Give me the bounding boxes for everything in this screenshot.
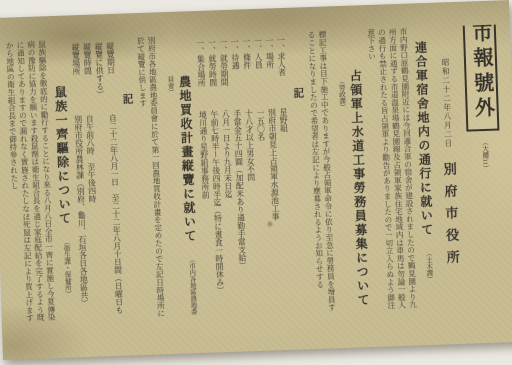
newsletter-title-box: 市報號外 xyxy=(462,25,499,132)
newsletter-content: 市報號外 （大體11） 昭和二十二年八月二日 別府市役所 連合軍宿舍地内の通行に… xyxy=(0,25,506,324)
article: 鼠族一齊驅除について （衛生課・保健所） 鼠族驅除を徹底的に勵行することになり來… xyxy=(0,40,75,324)
article: 連合軍宿舍地内の通行に就いて （土木課） 市内野口原鶴見園附近には今回連合軍の宿… xyxy=(365,27,437,311)
article-headline: 占領軍上水道工事勞務員募集について （勞政課） xyxy=(331,29,371,312)
record-item-label: 一、集合場所 xyxy=(194,39,208,111)
article-dept-label: （衛生課・保健所） xyxy=(62,239,71,298)
issuer-name: 別府市役所 xyxy=(442,162,461,272)
title-caption: （大體11） xyxy=(480,139,490,172)
issue-line: 昭和二十二年八月二日 別府市役所 xyxy=(435,26,464,308)
newsletter-title-top: 市報 xyxy=(469,25,493,73)
masthead-title-column: 市報號外 （大體11） xyxy=(462,25,505,308)
record-item-value: 星野組 xyxy=(279,108,289,132)
articles: 連合軍宿舍地内の通行に就いて （土木課） 市内野口原鶴見園附近には今回連合軍の宿… xyxy=(0,27,437,324)
article-body-text: 市内野口原鶴見園附近には今回連合軍の宿舍が建設されましたので鶴見園より九州方面に… xyxy=(365,28,418,311)
record-item-value: 八月一日より九月末日迄 xyxy=(221,110,233,198)
record-item-value: 十八才以上男女不問 xyxy=(244,109,256,181)
scanned-page-background: 市報號外 （大體11） 昭和二十二年八月二日 別府市役所 連合軍宿舍地内の通行に… xyxy=(0,0,512,365)
record-item-value: 一五〇名 xyxy=(256,109,266,141)
article-headline-text: 農地買收計畫縦覽に就いて xyxy=(177,75,197,243)
article-headline-text: 鼠族一齊驅除について xyxy=(53,86,72,226)
newsletter-paper: 市報號外 （大體11） 昭和二十二年八月二日 別府市役所 連合軍宿舍地内の通行に… xyxy=(0,0,512,360)
article: 占領軍上水道工事勞務員募集について （勞政課） 標記工事は目下施工中でありますが… xyxy=(194,29,371,317)
newsletter-title-bottom: 號外 xyxy=(470,72,494,123)
article: 農地買收計畫縦覽に就いて （市内各地區農地委員會） 別府市各地區農地委員會に於て… xyxy=(69,35,199,321)
record-item-label: 縦覽期日 xyxy=(104,42,118,114)
article-headline-text: 連合軍宿舍地内の通行に就いて xyxy=(413,41,434,237)
article-body-text: 鼠族驅除を徹底的に勵行することになり來る八月八日全市一齊に實施し今夏傳染病の豫防… xyxy=(3,40,56,323)
article-dept-label: （勞政課） xyxy=(337,78,345,111)
issue-date: 昭和二十二年八月二日 xyxy=(441,58,453,148)
article-headline: 農地買收計畫縦覽に就いて （市内各地區農地委員會） xyxy=(160,35,200,318)
record-item-value: 境川通り星野組事務所前 xyxy=(198,111,210,199)
article-dept-label: （土木課） xyxy=(425,250,433,283)
record-item-label: 縦覽場所 xyxy=(69,43,83,115)
record-item-value: 自午前八時 至午後四時 xyxy=(85,115,97,203)
masthead: 市報號外 （大體11） 昭和二十二年八月二日 別府市役所 xyxy=(435,25,506,309)
